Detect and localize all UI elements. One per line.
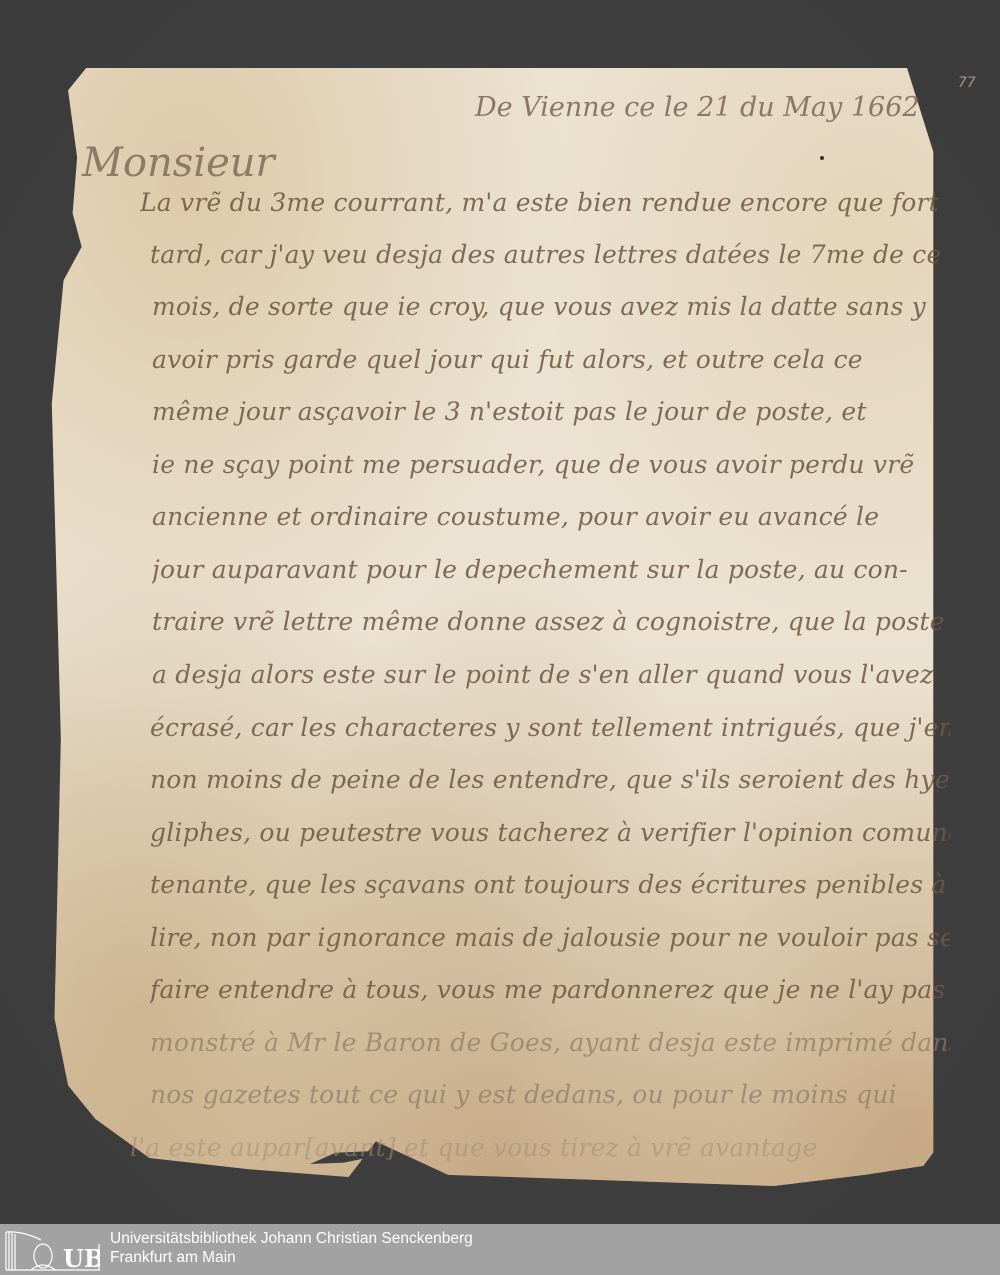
text-line: tard, car j'ay veu desja des autres lett… [150, 240, 950, 269]
ink-dot [820, 156, 824, 160]
text-line: La vrẽ du 3me courrant, m'a este bien re… [140, 188, 940, 217]
text-line: l'a este aupar[avant] et que vous tirez … [130, 1133, 930, 1162]
handwritten-text: 77 De Vienne ce le 21 du May 1662 Monsie… [0, 0, 1000, 1224]
text-line: écrasé, car les characteres y sont telle… [150, 713, 950, 742]
text-line: faire entendre à tous, vous me pardonner… [150, 975, 950, 1004]
scan-viewport: 77 De Vienne ce le 21 du May 1662 Monsie… [0, 0, 1000, 1224]
text-line: ancienne et ordinaire coustume, pour avo… [152, 502, 952, 531]
text-line: gliphes, ou peutestre vous tacherez à ve… [150, 818, 950, 847]
text-line: a desja alors este sur le point de s'en … [152, 660, 952, 689]
institution-name: Universitätsbibliothek Johann Christian … [110, 1229, 473, 1267]
institution-line-1: Universitätsbibliothek Johann Christian … [110, 1229, 473, 1248]
text-line: monstré à Mr le Baron de Goes, ayant des… [150, 1028, 950, 1057]
institution-line-2: Frankfurt am Main [110, 1248, 473, 1267]
text-line: même jour asçavoir le 3 n'estoit pas le … [152, 397, 952, 426]
text-line: tenante, que les sçavans ont toujours de… [150, 870, 950, 899]
dateline: De Vienne ce le 21 du May 1662 [475, 92, 920, 123]
text-line: traire vrẽ lettre même donne assez à cog… [152, 607, 952, 636]
folio-number: 77 [958, 75, 976, 91]
text-line: avoir pris garde quel jour qui fut alors… [152, 345, 952, 374]
ub-logo-icon: UB [3, 1228, 100, 1272]
text-line: jour auparavant pour le depechement sur … [152, 555, 952, 584]
salutation: Monsieur [82, 140, 275, 186]
institution-footer: UB Universitätsbibliothek Johann Christi… [0, 1224, 1000, 1275]
logo-text: UB [63, 1244, 100, 1272]
text-line: ie ne sçay point me persuader, que de vo… [152, 450, 952, 479]
text-line: mois, de sorte que ie croy, que vous ave… [152, 292, 952, 321]
text-line: non moins de peine de les entendre, que … [150, 765, 950, 794]
text-line: lire, non par ignorance mais de jalousie… [150, 923, 950, 952]
text-line: nos gazetes tout ce qui y est dedans, ou… [150, 1080, 950, 1109]
